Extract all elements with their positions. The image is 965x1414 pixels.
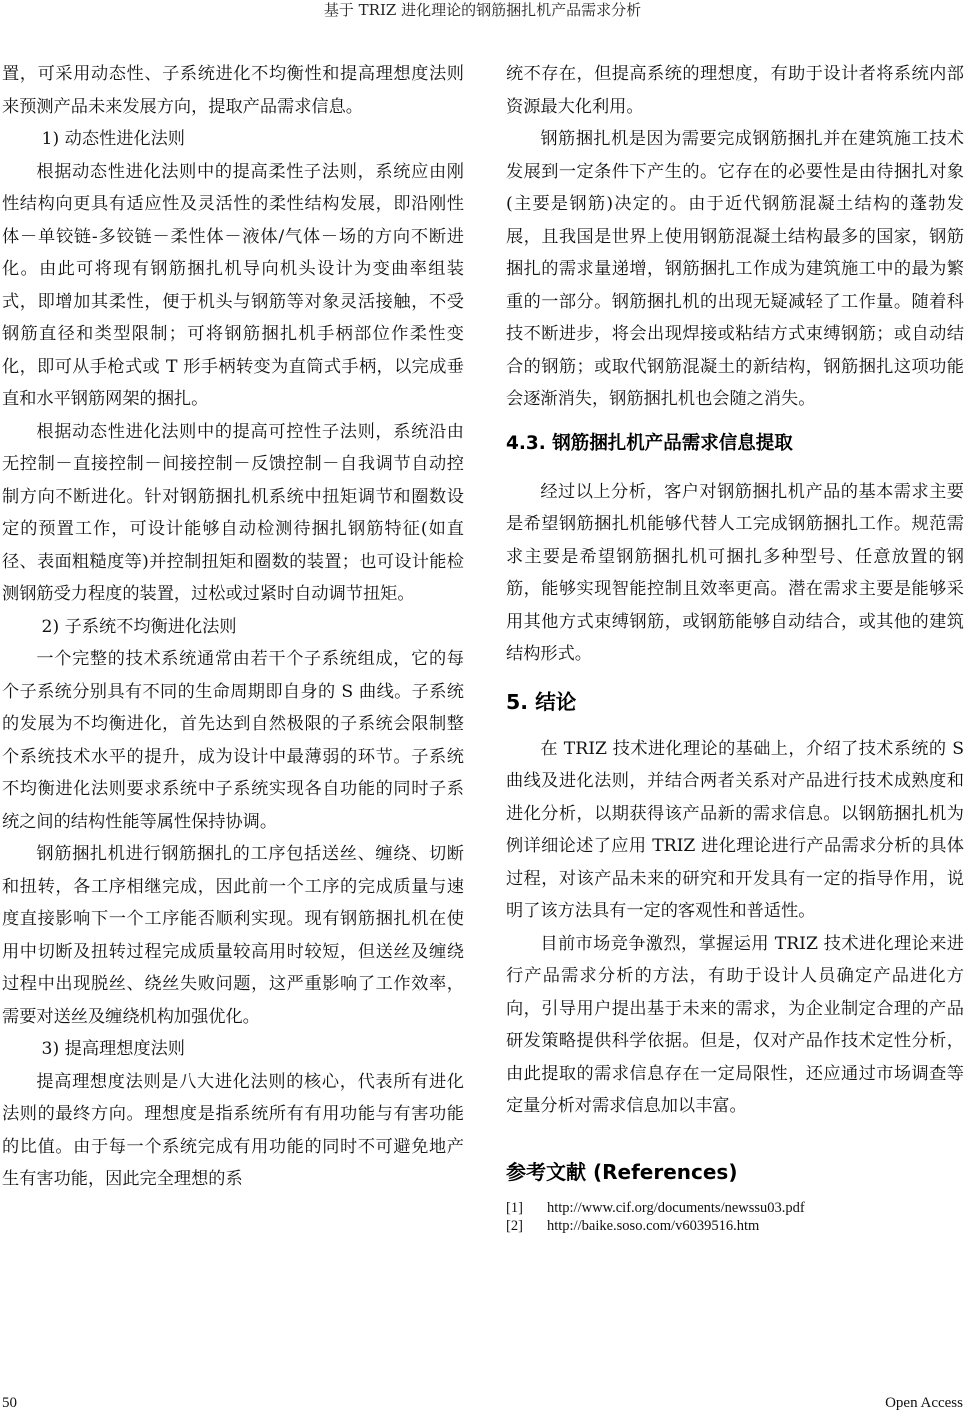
paragraph: 统不存在，但提高系统的理想度，有助于设计者将系统内部资源最大化利用。 (506, 58, 964, 123)
paragraph: 置，可采用动态性、子系统进化不均衡性和提高理想度法则来预测产品未来发展方向，提取… (2, 58, 464, 123)
section-heading-4-3: 4.3. 钢筋捆扎机产品需求信息提取 (506, 432, 964, 456)
page-footer: 50 Open Access (0, 1394, 965, 1414)
paragraph: 目前市场竞争激烈，掌握运用 TRIZ 技术进化理论来进行产品需求分析的方法，有助… (506, 928, 964, 1123)
reference-list: [1] http://www.cif.org/documents/newssu0… (506, 1199, 964, 1235)
reference-number: [2] (506, 1217, 547, 1235)
paragraph: 在 TRIZ 技术进化理论的基础上，介绍了技术系统的 S 曲线及进化法则，并结合… (506, 733, 964, 928)
paragraph: 经过以上分析，客户对钢筋捆扎机产品的基本需求主要是希望钢筋捆扎机能够代替人工完成… (506, 476, 964, 671)
page-number: 50 (2, 1394, 17, 1412)
left-column: 置，可采用动态性、子系统进化不均衡性和提高理想度法则来预测产品未来发展方向，提取… (2, 58, 464, 1196)
subsection-heading-dynamic-law: 1) 动态性进化法则 (2, 123, 464, 156)
paragraph: 根据动态性进化法则中的提高柔性子法则，系统应由刚性结构向更具有适应性及灵活性的柔… (2, 156, 464, 416)
paragraph: 钢筋捆扎机是因为需要完成钢筋捆扎并在建筑施工技术发展到一定条件下产生的。它存在的… (506, 123, 964, 416)
right-column: 统不存在，但提高系统的理想度，有助于设计者将系统内部资源最大化利用。 钢筋捆扎机… (506, 58, 964, 1235)
paragraph: 钢筋捆扎机进行钢筋捆扎的工序包括送丝、缠绕、切断和扭转，各工序相继完成，因此前一… (2, 838, 464, 1033)
subsection-heading-subsystem-law: 2) 子系统不均衡进化法则 (2, 611, 464, 644)
paragraph: 根据动态性进化法则中的提高可控性子法则，系统沿由无控制－直接控制－间接控制－反馈… (2, 416, 464, 611)
paragraph: 提高理想度法则是八大进化法则的核心，代表所有进化法则的最终方向。理想度是指系统所… (2, 1066, 464, 1196)
running-header: 基于 TRIZ 进化理论的钢筋捆扎机产品需求分析 (0, 0, 965, 24)
reference-number: [1] (506, 1199, 547, 1217)
reference-link[interactable]: http://www.cif.org/documents/newssu03.pd… (547, 1199, 805, 1217)
references-heading: 参考文献 (References) (506, 1159, 964, 1185)
paragraph: 一个完整的技术系统通常由若干个子系统组成，它的每个子系统分别具有不同的生命周期即… (2, 643, 464, 838)
section-heading-5: 5. 结论 (506, 689, 964, 715)
reference-link[interactable]: http://baike.soso.com/v6039516.htm (547, 1217, 759, 1235)
journal-label: Open Access (885, 1394, 963, 1412)
subsection-heading-ideality-law: 3) 提高理想度法则 (2, 1033, 464, 1066)
reference-item: [1] http://www.cif.org/documents/newssu0… (506, 1199, 964, 1217)
reference-item: [2] http://baike.soso.com/v6039516.htm (506, 1217, 964, 1235)
